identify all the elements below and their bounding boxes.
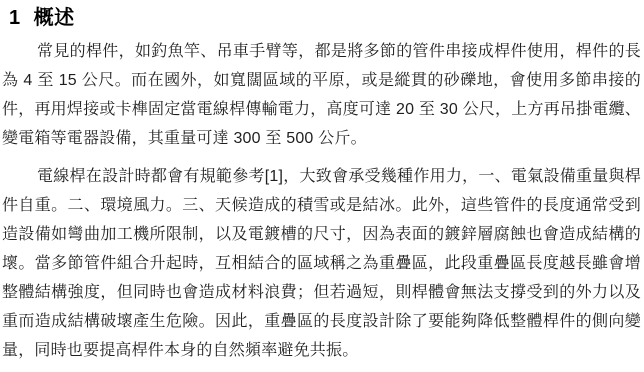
paragraph-2: 電線桿在設計時都會有規範參考[1]，大致會承受幾種作用力，一、電氣設備重量與桿 …	[2, 162, 641, 365]
section-heading: 1概述	[9, 6, 641, 30]
text-line: 件自重。二、環境風力。三、天候造成的積雪或是結冰。此外，這些管件的長度通常受到製	[2, 191, 641, 220]
text-line: 電線桿在設計時都會有規範參考[1]，大致會承受幾種作用力，一、電氣設備重量與桿	[2, 162, 641, 191]
text-line: 常見的桿件，如釣魚竿、吊車手臂等，都是將多節的管件串接成桿件使用，桿件的長度	[2, 37, 641, 66]
text-line: 為 4 至 15 公尺。而在國外，如寬闊區域的平原，或是縱貫的砂礫地，會使用多節…	[2, 66, 641, 95]
paragraph-1: 常見的桿件，如釣魚竿、吊車手臂等，都是將多節的管件串接成桿件使用，桿件的長度 為…	[2, 37, 641, 153]
section-number: 1	[9, 6, 21, 30]
text-line: 量，同時也要提高桿件本身的自然頻率避免共振。	[2, 336, 641, 365]
section-title: 概述	[34, 7, 75, 29]
document-page: 1概述 常見的桿件，如釣魚竿、吊車手臂等，都是將多節的管件串接成桿件使用，桿件的…	[0, 0, 644, 372]
text-line: 件，再用焊接或卡榫固定當電線桿傳輸電力，高度可達 20 至 30 公尺，上方再吊…	[2, 95, 641, 124]
text-line: 壞。當多節管件組合升起時，互相結合的區域稱之為重疊區，此段重疊區長度越長雖會增加	[2, 249, 641, 278]
text-line: 變電箱等電器設備，其重量可達 300 至 500 公斤。	[2, 124, 641, 153]
text-line: 重而造成結構破壞產生危險。因此，重疊區的長度設計除了要能夠降低整體桿件的側向變形	[2, 307, 641, 336]
text-line: 造設備如彎曲加工機所限制，以及電鍍槽的尺寸，因為表面的鍍鋅層腐蝕也會造成結構的破	[2, 220, 641, 249]
text-line: 整體結構強度，但同時也會造成材料浪費；但若過短，則桿體會無法支撐受到的外力以及自	[2, 278, 641, 307]
